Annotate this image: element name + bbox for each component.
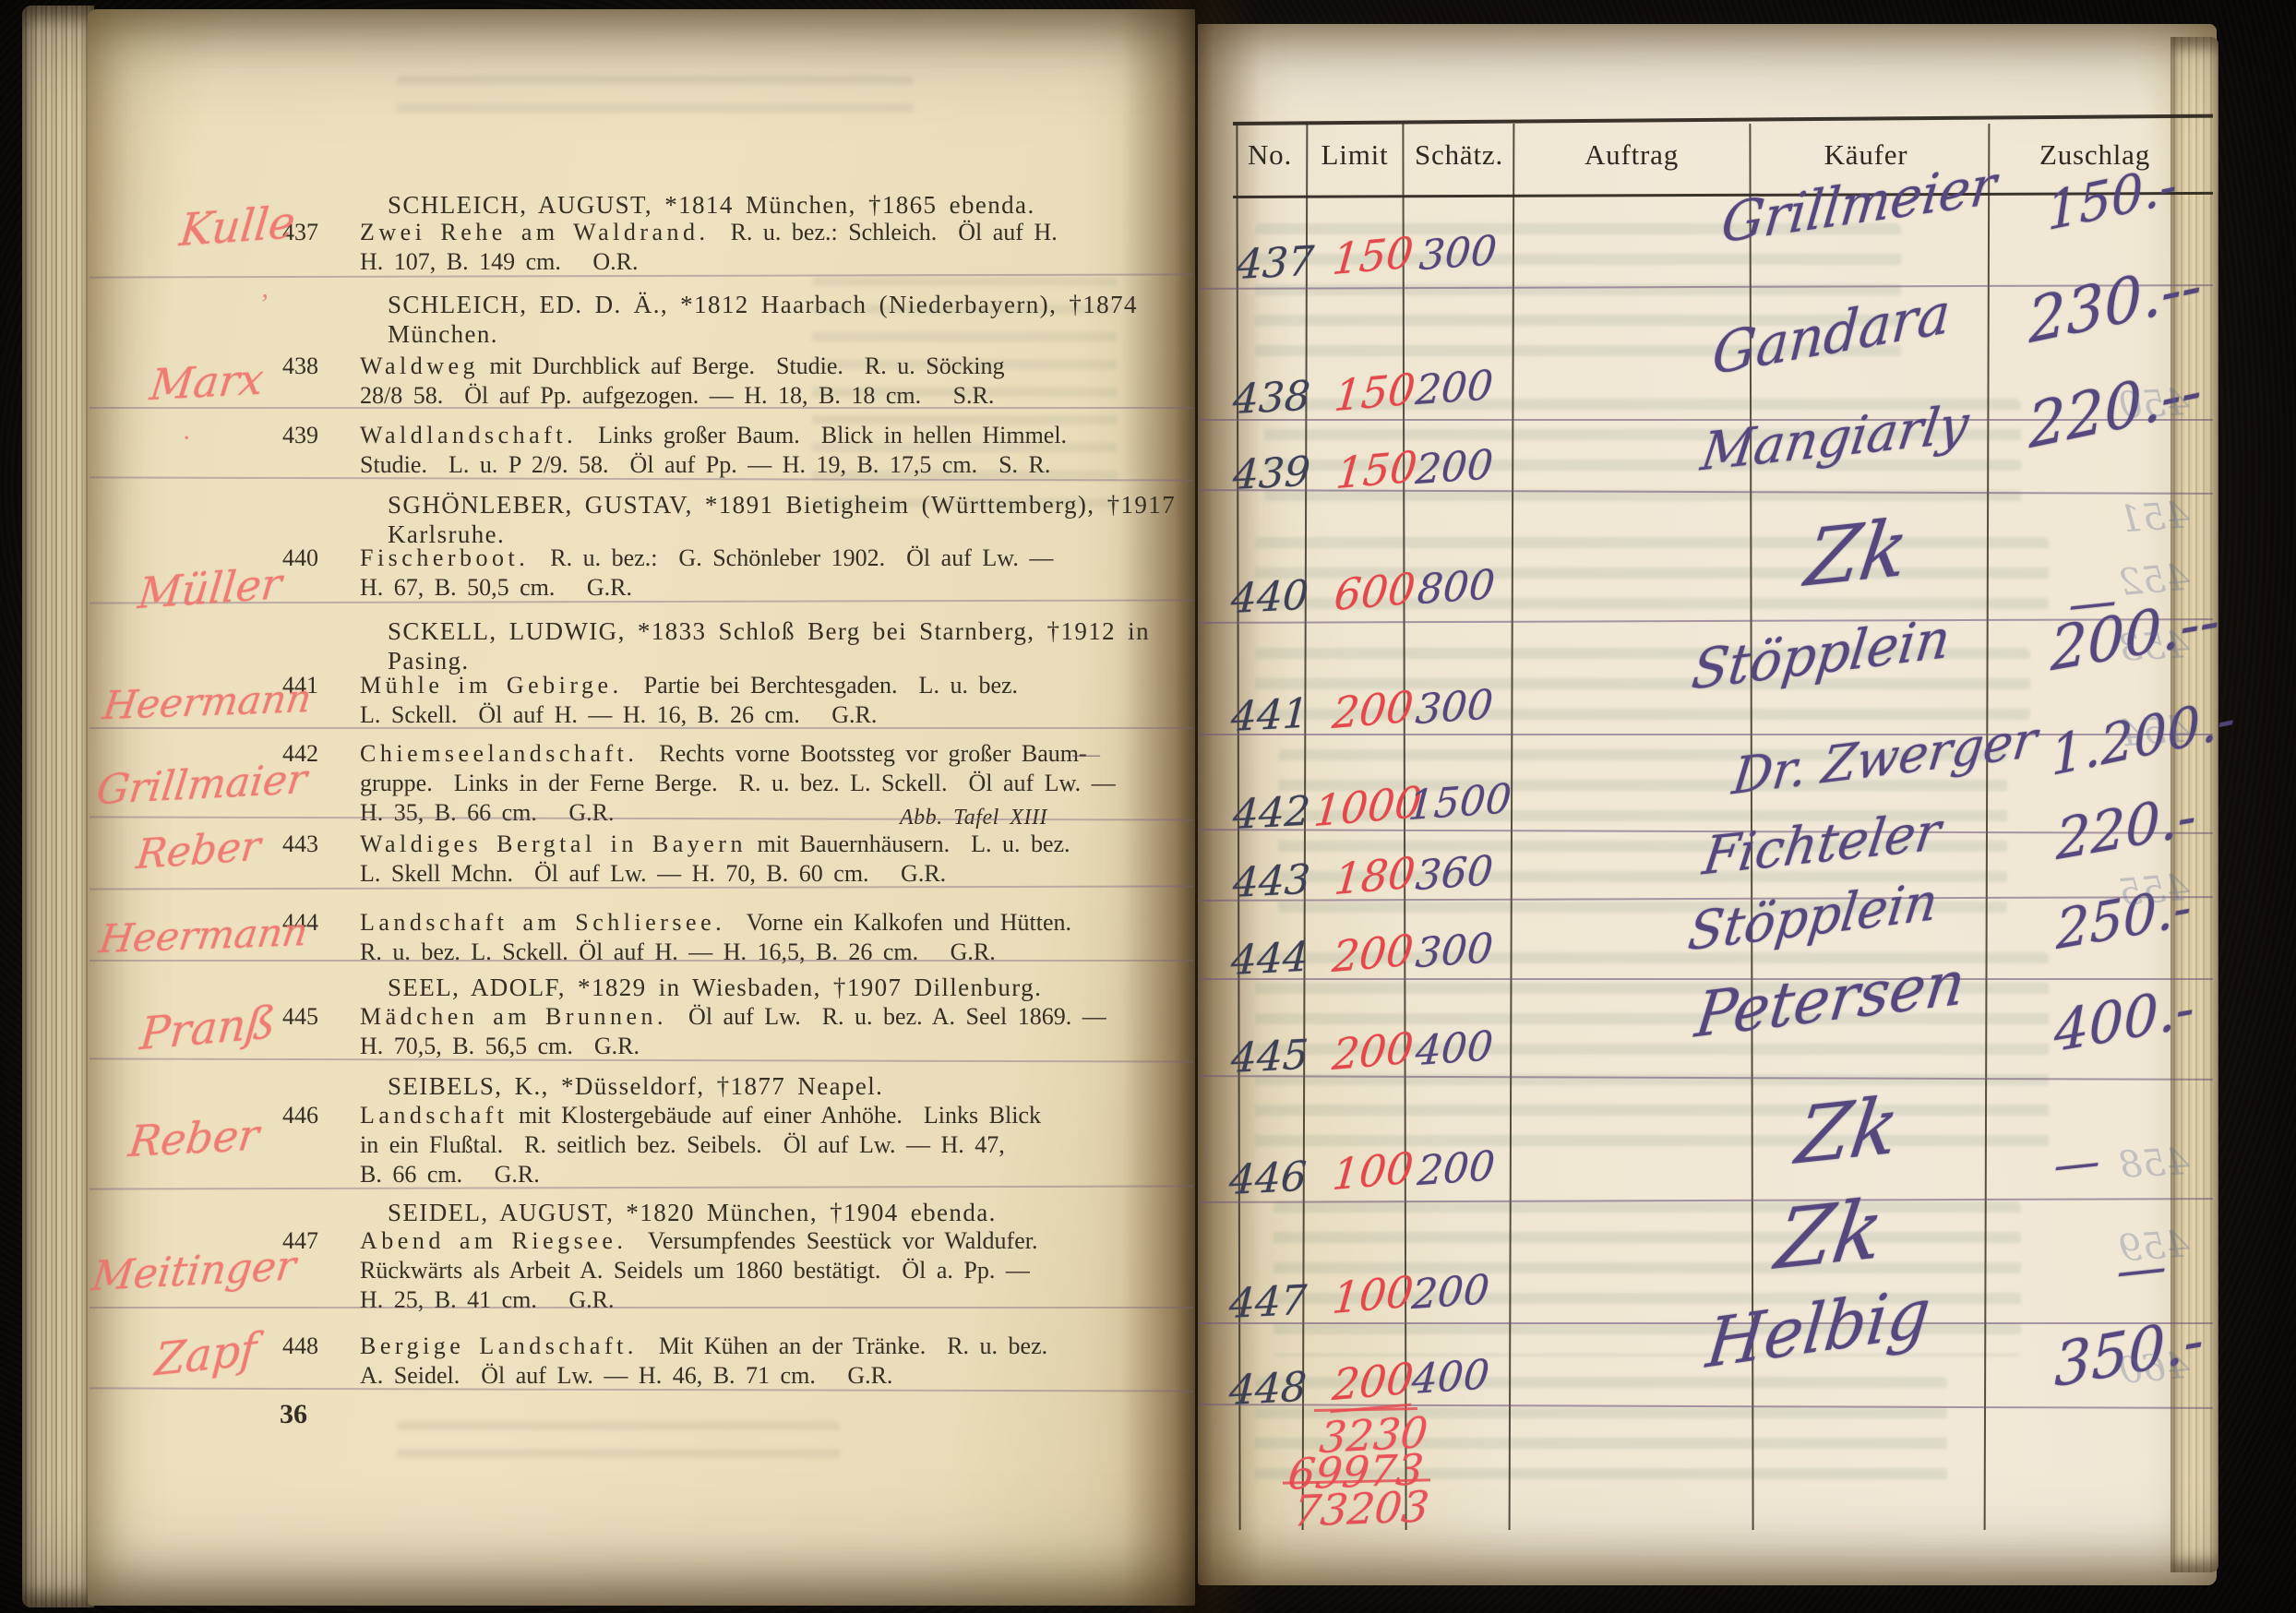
lot-description: R. u. bez.: G. Schönleber 1902. Öl auf L…	[529, 544, 1053, 571]
lot-description: R. u. bez.: Schleich. Öl auf H.	[710, 219, 1058, 245]
row-hammer-price: —	[2052, 1133, 2102, 1192]
row-estimate: 800	[1416, 561, 1496, 614]
lot-description: Rechts vorne Bootssteg vor großer Baum-	[638, 740, 1086, 767]
catalog-entry-line: H. 35, B. 66 cm. G.R.	[360, 800, 615, 825]
row-hammer-price: 220.-	[2056, 783, 2196, 874]
row-limit: 200	[1331, 925, 1416, 982]
row-no: 444	[1230, 933, 1310, 985]
row-no: 447	[1228, 1276, 1309, 1328]
lot-number: 440	[282, 545, 318, 570]
margin-buyer-name: Grillmaier	[94, 756, 309, 814]
row-buyer: Zk	[1800, 502, 1914, 604]
catalog-entry-line: Waldweg mit Durchblick auf Berge. Studie…	[360, 353, 1005, 378]
lot-number: 438	[282, 353, 318, 378]
row-estimate: 300	[1414, 925, 1494, 977]
catalog-entry-line: H. 25, B. 41 cm. G.R.	[360, 1287, 615, 1312]
catalog-entry-line: Abend am Riegsee. Versumpfendes Seestück…	[360, 1228, 1037, 1253]
col-header-no: No.	[1248, 138, 1292, 172]
lot-title: Zwei Rehe am Waldrand.	[360, 219, 710, 245]
row-no: 439	[1232, 448, 1312, 499]
entry-rule	[90, 407, 1193, 409]
row-estimate: 300	[1414, 681, 1494, 734]
entry-rule	[90, 727, 1193, 729]
col-header-limit: Limit	[1321, 138, 1389, 172]
row-no: 441	[1230, 689, 1310, 741]
row-limit: 180	[1333, 847, 1417, 904]
entry-rule	[90, 885, 1193, 890]
lot-description: Mit Kühen an der Tränke. R. u. bez.	[638, 1332, 1047, 1359]
artist-header-line: SEEL, ADOLF, *1829 in Wiesbaden, †1907 D…	[388, 974, 1042, 1000]
catalog-entry-line: Waldiges Bergtal in Bayern mit Bauernhäu…	[360, 831, 1070, 856]
bleedthrough-number: 454	[2117, 708, 2190, 755]
artist-header-line: SEIDEL, AUGUST, *1820 München, †1904 ebe…	[388, 1200, 997, 1225]
margin-buyer-name: Pranß	[138, 997, 278, 1060]
artist-header-line: SEIBELS, K., *Düsseldorf, †1877 Neapel.	[388, 1073, 883, 1099]
row-no: 440	[1230, 571, 1310, 623]
row-limit: 150	[1333, 364, 1417, 421]
row-no: 438	[1232, 372, 1312, 424]
lot-title: Mühle im Gebirge.	[360, 672, 623, 699]
row-limit: 100	[1331, 1266, 1416, 1323]
catalog-entry-line: H. 67, B. 50,5 cm. G.R.	[360, 575, 632, 600]
catalog-entry-line: in ein Flußtal. R. seitlich bez. Seibels…	[360, 1132, 1005, 1157]
content-overlay: SCHLEICH, AUGUST, *1814 München, †1865 e…	[0, 0, 2296, 1613]
bleedthrough-number: 458	[2118, 1141, 2191, 1187]
lot-number: 443	[282, 831, 318, 856]
bleedthrough-number: 453	[2118, 624, 2191, 670]
row-estimate: 200	[1416, 1142, 1496, 1195]
catalog-entry-line: Zwei Rehe am Waldrand. R. u. bez.: Schle…	[360, 220, 1058, 245]
bleedthrough-text-block	[397, 1421, 840, 1476]
catalog-entry-line: Studie. L. u. P 2/9. 58. Öl auf Pp. — H.…	[360, 452, 1050, 477]
catalog-entry-line: Rückwärts als Arbeit A. Seidels um 1860 …	[360, 1258, 1030, 1283]
lot-description: Vorne ein Kalkofen und Hütten.	[725, 909, 1071, 936]
row-limit: 150	[1334, 441, 1419, 498]
entry-rule	[90, 1185, 1193, 1189]
lot-title: Waldweg	[360, 352, 479, 379]
row-limit: 600	[1333, 563, 1417, 620]
catalog-entry-line: Chiemseelandschaft. Rechts vorne Bootsst…	[360, 741, 1087, 766]
lot-description: mit Durchblick auf Berge. Studie. R. u. …	[479, 352, 1004, 379]
catalog-entry-line: L. Skell Mchn. Öl auf Lw. — H. 70, B. 60…	[360, 861, 946, 886]
lot-description: mit Klostergebäude auf einer Anhöhe. Lin…	[508, 1102, 1041, 1129]
row-limit: 150	[1331, 227, 1416, 284]
margin-buyer-name: Marx	[148, 353, 267, 410]
row-line	[1200, 1322, 2213, 1324]
artist-header-line: Pasing.	[388, 648, 470, 674]
lot-description: Partie bei Berchtesgaden. L. u. bez.	[623, 672, 1018, 699]
catalog-entry-line: Landschaft am Schliersee. Vorne ein Kalk…	[360, 910, 1071, 935]
table-rule-top	[1233, 114, 2213, 125]
margin-buyer-name: Müller	[136, 558, 284, 618]
artist-header-line: SCKELL, LUDWIG, *1833 Schloß Berg bei St…	[388, 618, 1150, 644]
col-header-schaetz: Schätz.	[1415, 138, 1503, 172]
lot-number: 445	[282, 1004, 318, 1029]
catalog-entry-line: H. 107, B. 149 cm. O.R.	[360, 249, 639, 274]
bleedthrough-number: 450	[2118, 381, 2191, 427]
lot-title: Mädchen am Brunnen.	[360, 1003, 667, 1030]
catalog-entry-line: 28/8 58. Öl auf Pp. aufgezogen. — H. 18,…	[360, 383, 994, 408]
row-estimate: 400	[1414, 1022, 1494, 1075]
entry-rule	[90, 1387, 1193, 1392]
row-no: 437	[1236, 237, 1316, 289]
catalog-entry-line: gruppe. Links in der Ferne Berge. R. u. …	[360, 771, 1116, 795]
bleedthrough-number: 460	[2117, 1344, 2191, 1392]
stray-mark: —	[1072, 738, 1100, 770]
bleedthrough-number: 455	[2117, 866, 2191, 914]
margin-buyer-name: Reber	[134, 822, 262, 878]
artist-header-line: SCHLEICH, ED. D. Ä., *1812 Haarbach (Nie…	[388, 292, 1138, 317]
row-estimate: 360	[1414, 847, 1494, 900]
catalog-entry-line: L. Sckell. Öl auf H. — H. 16, B. 26 cm. …	[360, 702, 877, 727]
row-hammer-price: 230.--	[2027, 249, 2203, 358]
bleedthrough-number: 451	[2117, 494, 2190, 541]
margin-buyer-name: Heermann	[101, 675, 315, 728]
margin-buyer-name: Reber	[126, 1109, 262, 1166]
row-no: 448	[1228, 1363, 1309, 1415]
artist-header-line: SCHLEICH, AUGUST, *1814 München, †1865 e…	[388, 192, 1035, 218]
catalog-entry-line: Waldlandschaft. Links großer Baum. Blick…	[360, 423, 1067, 448]
row-limit: 200	[1331, 1022, 1416, 1080]
lot-description: Öl auf Lw. R. u. bez. A. Seel 1869. —	[667, 1003, 1106, 1030]
row-estimate: 200	[1414, 441, 1494, 494]
lot-number: 448	[282, 1333, 318, 1358]
margin-buyer-name: Zapf	[153, 1323, 258, 1386]
catalog-entry-line: B. 66 cm. G.R.	[360, 1162, 540, 1187]
row-no: 442	[1232, 787, 1312, 839]
lot-number: 439	[282, 423, 318, 448]
row-buyer: Zk	[1771, 1180, 1890, 1288]
entry-rule	[90, 1307, 1193, 1308]
stray-mark: ·	[183, 423, 190, 454]
bleedthrough-number: 459	[2117, 1223, 2190, 1270]
lot-title: Chiemseelandschaft.	[360, 740, 638, 767]
entry-rule	[90, 1057, 1193, 1062]
row-estimate: 200	[1410, 1266, 1490, 1319]
lot-description: mit Bauernhäusern. L. u. bez.	[747, 830, 1070, 857]
lot-title: Landschaft	[360, 1102, 508, 1129]
catalog-entry-line: Bergige Landschaft. Mit Kühen an der Trä…	[360, 1333, 1047, 1358]
row-hammer-price: 400.-	[2054, 975, 2194, 1066]
lot-description: Links großer Baum. Blick in hellen Himme…	[577, 422, 1067, 448]
row-estimate: 200	[1414, 362, 1494, 414]
lot-title: Fischerboot.	[360, 544, 529, 571]
lot-number: 446	[282, 1103, 318, 1128]
row-limit: 200	[1331, 681, 1416, 738]
margin-buyer-name: Meitinger	[90, 1242, 299, 1300]
bleedthrough-number: 452	[2117, 556, 2191, 604]
row-no: 445	[1230, 1031, 1310, 1082]
lot-title: Landschaft am Schliersee.	[360, 909, 725, 936]
totals-grand: 73203	[1291, 1481, 1431, 1535]
page-number: 36	[280, 1399, 307, 1430]
row-no: 446	[1228, 1153, 1309, 1204]
lot-description: Versumpfendes Seestück vor Waldufer.	[627, 1227, 1037, 1254]
bleedthrough-text-block	[397, 76, 914, 125]
stray-mark: ‚	[260, 273, 269, 305]
row-limit: 100	[1331, 1142, 1416, 1200]
margin-buyer-name: Kulle	[177, 197, 297, 257]
catalog-entry-line: Fischerboot. R. u. bez.: G. Schönleber 1…	[360, 545, 1053, 570]
lot-title: Abend am Riegsee.	[360, 1227, 627, 1254]
catalog-entry-line: Mühle im Gebirge. Partie bei Berchtesgad…	[360, 673, 1018, 698]
lot-title: Waldlandschaft.	[360, 422, 577, 448]
row-estimate: 300	[1417, 227, 1498, 280]
row-limit: 200	[1330, 1353, 1416, 1413]
catalog-entry-line: Landschaft mit Klostergebäude auf einer …	[360, 1103, 1041, 1128]
catalog-entry-line: Mädchen am Brunnen. Öl auf Lw. R. u. bez…	[360, 1004, 1106, 1029]
catalog-entry-line: A. Seidel. Öl auf Lw. — H. 46, B. 71 cm.…	[360, 1363, 892, 1388]
margin-buyer-name: Heermann	[97, 909, 311, 962]
col-header-auftrag: Auftrag	[1584, 138, 1679, 172]
lot-title: Bergige Landschaft.	[360, 1332, 638, 1359]
artist-header-line: München.	[388, 321, 498, 347]
catalog-entry-line: H. 70,5, B. 56,5 cm. G.R.	[360, 1034, 640, 1058]
artist-header-line: SGHÖNLEBER, GUSTAV, *1891 Bietigheim (Wü…	[388, 492, 1176, 518]
auction-catalog-photo: SCHLEICH, AUGUST, *1814 München, †1865 e…	[0, 0, 2296, 1613]
entry-rule	[90, 960, 1193, 962]
row-estimate: 1500	[1406, 775, 1513, 830]
row-no: 443	[1232, 855, 1312, 907]
row-estimate: 400	[1410, 1351, 1490, 1404]
lot-title: Waldiges Bergtal in Bayern	[360, 830, 747, 857]
row-buyer: Zk	[1791, 1080, 1905, 1182]
